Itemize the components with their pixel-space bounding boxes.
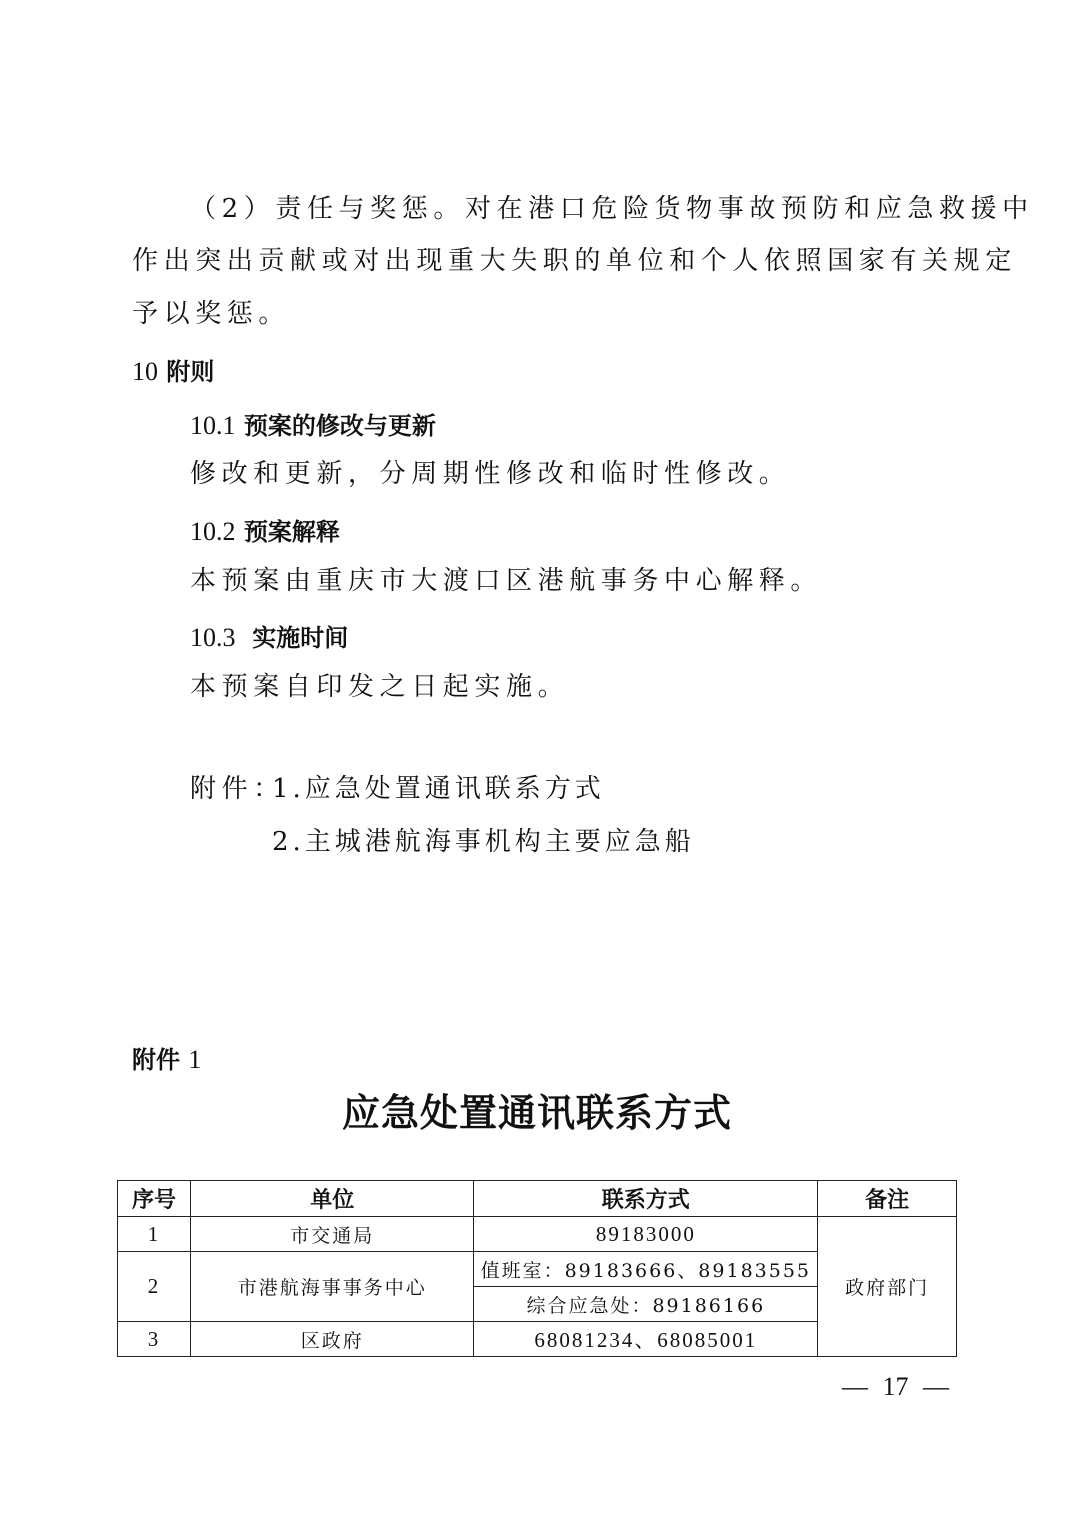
- row-contact: 综合应急处：89186166: [474, 1287, 818, 1322]
- header-contacts: 联系方式: [474, 1181, 818, 1217]
- subsection-number: 10.3: [190, 623, 236, 652]
- section-title: 附则: [166, 358, 214, 386]
- row-unit: 市港航海事事务中心: [190, 1252, 474, 1322]
- header-index: 序号: [118, 1181, 191, 1217]
- subsection-10-3-body: 本预案自印发之日起实施。: [190, 666, 569, 703]
- header-unit: 单位: [190, 1181, 474, 1217]
- row-contact: 89183000: [474, 1217, 818, 1252]
- subsection-10-2-heading: 10.2 预案解释: [190, 512, 340, 547]
- row-index: 3: [118, 1322, 191, 1357]
- attachments-label: 附件：: [190, 768, 285, 805]
- paragraph-2-line-1: （2）责任与奖惩。对在港口危险货物事故预防和应急救援中: [190, 188, 1034, 225]
- subsection-10-3-heading: 10.3 实施时间: [190, 618, 348, 653]
- page-number-footer: — 17 —: [842, 1372, 949, 1402]
- table-row: 1 市交通局 89183000 政府部门: [118, 1217, 957, 1252]
- dash-right: —: [923, 1372, 949, 1401]
- attachment-1-title: 应急处置通讯联系方式: [0, 1082, 1074, 1137]
- paragraph-2-line-3: 予以奖惩。: [132, 293, 290, 330]
- subsection-10-2-body: 本预案由重庆市大渡口区港航事务中心解释。: [190, 560, 822, 597]
- page-number: 17: [883, 1372, 909, 1401]
- section-number: 10: [132, 357, 158, 386]
- attachment-item-1: 1.应急处置通讯联系方式: [272, 768, 605, 805]
- subsection-title: 实施时间: [252, 624, 348, 652]
- row-index: 1: [118, 1217, 191, 1252]
- table-header-row: 序号 单位 联系方式 备注: [118, 1181, 957, 1217]
- dash-left: —: [842, 1372, 868, 1401]
- row-index: 2: [118, 1252, 191, 1322]
- header-remark: 备注: [818, 1181, 957, 1217]
- attachment-number: 1: [188, 1045, 201, 1074]
- subsection-title: 预案的修改与更新: [244, 412, 436, 440]
- subsection-number: 10.2: [190, 517, 236, 546]
- row-contact: 值班室：89183666、89183555: [474, 1252, 818, 1287]
- attachment-1-label: 附件 1: [132, 1040, 201, 1075]
- attachment-label-text: 附件: [132, 1046, 180, 1074]
- paragraph-2-line-2: 作出突出贡献或对出现重大失职的单位和个人依照国家有关规定: [132, 240, 1017, 277]
- subsection-number: 10.1: [190, 411, 236, 440]
- contacts-table: 序号 单位 联系方式 备注 1 市交通局 89183000 政府部门 2 市港航…: [117, 1180, 957, 1357]
- subsection-title: 预案解释: [244, 518, 340, 546]
- attachment-item-2: 2.主城港航海事机构主要应急船: [272, 821, 695, 858]
- subsection-10-1-body: 修改和更新，分周期性修改和临时性修改。: [190, 453, 790, 490]
- section-10-heading: 10 附则: [132, 352, 214, 387]
- row-contact: 68081234、68085001: [474, 1322, 818, 1357]
- row-unit: 区政府: [190, 1322, 474, 1357]
- remark-cell: 政府部门: [818, 1217, 957, 1357]
- row-unit: 市交通局: [190, 1217, 474, 1252]
- subsection-10-1-heading: 10.1 预案的修改与更新: [190, 406, 436, 441]
